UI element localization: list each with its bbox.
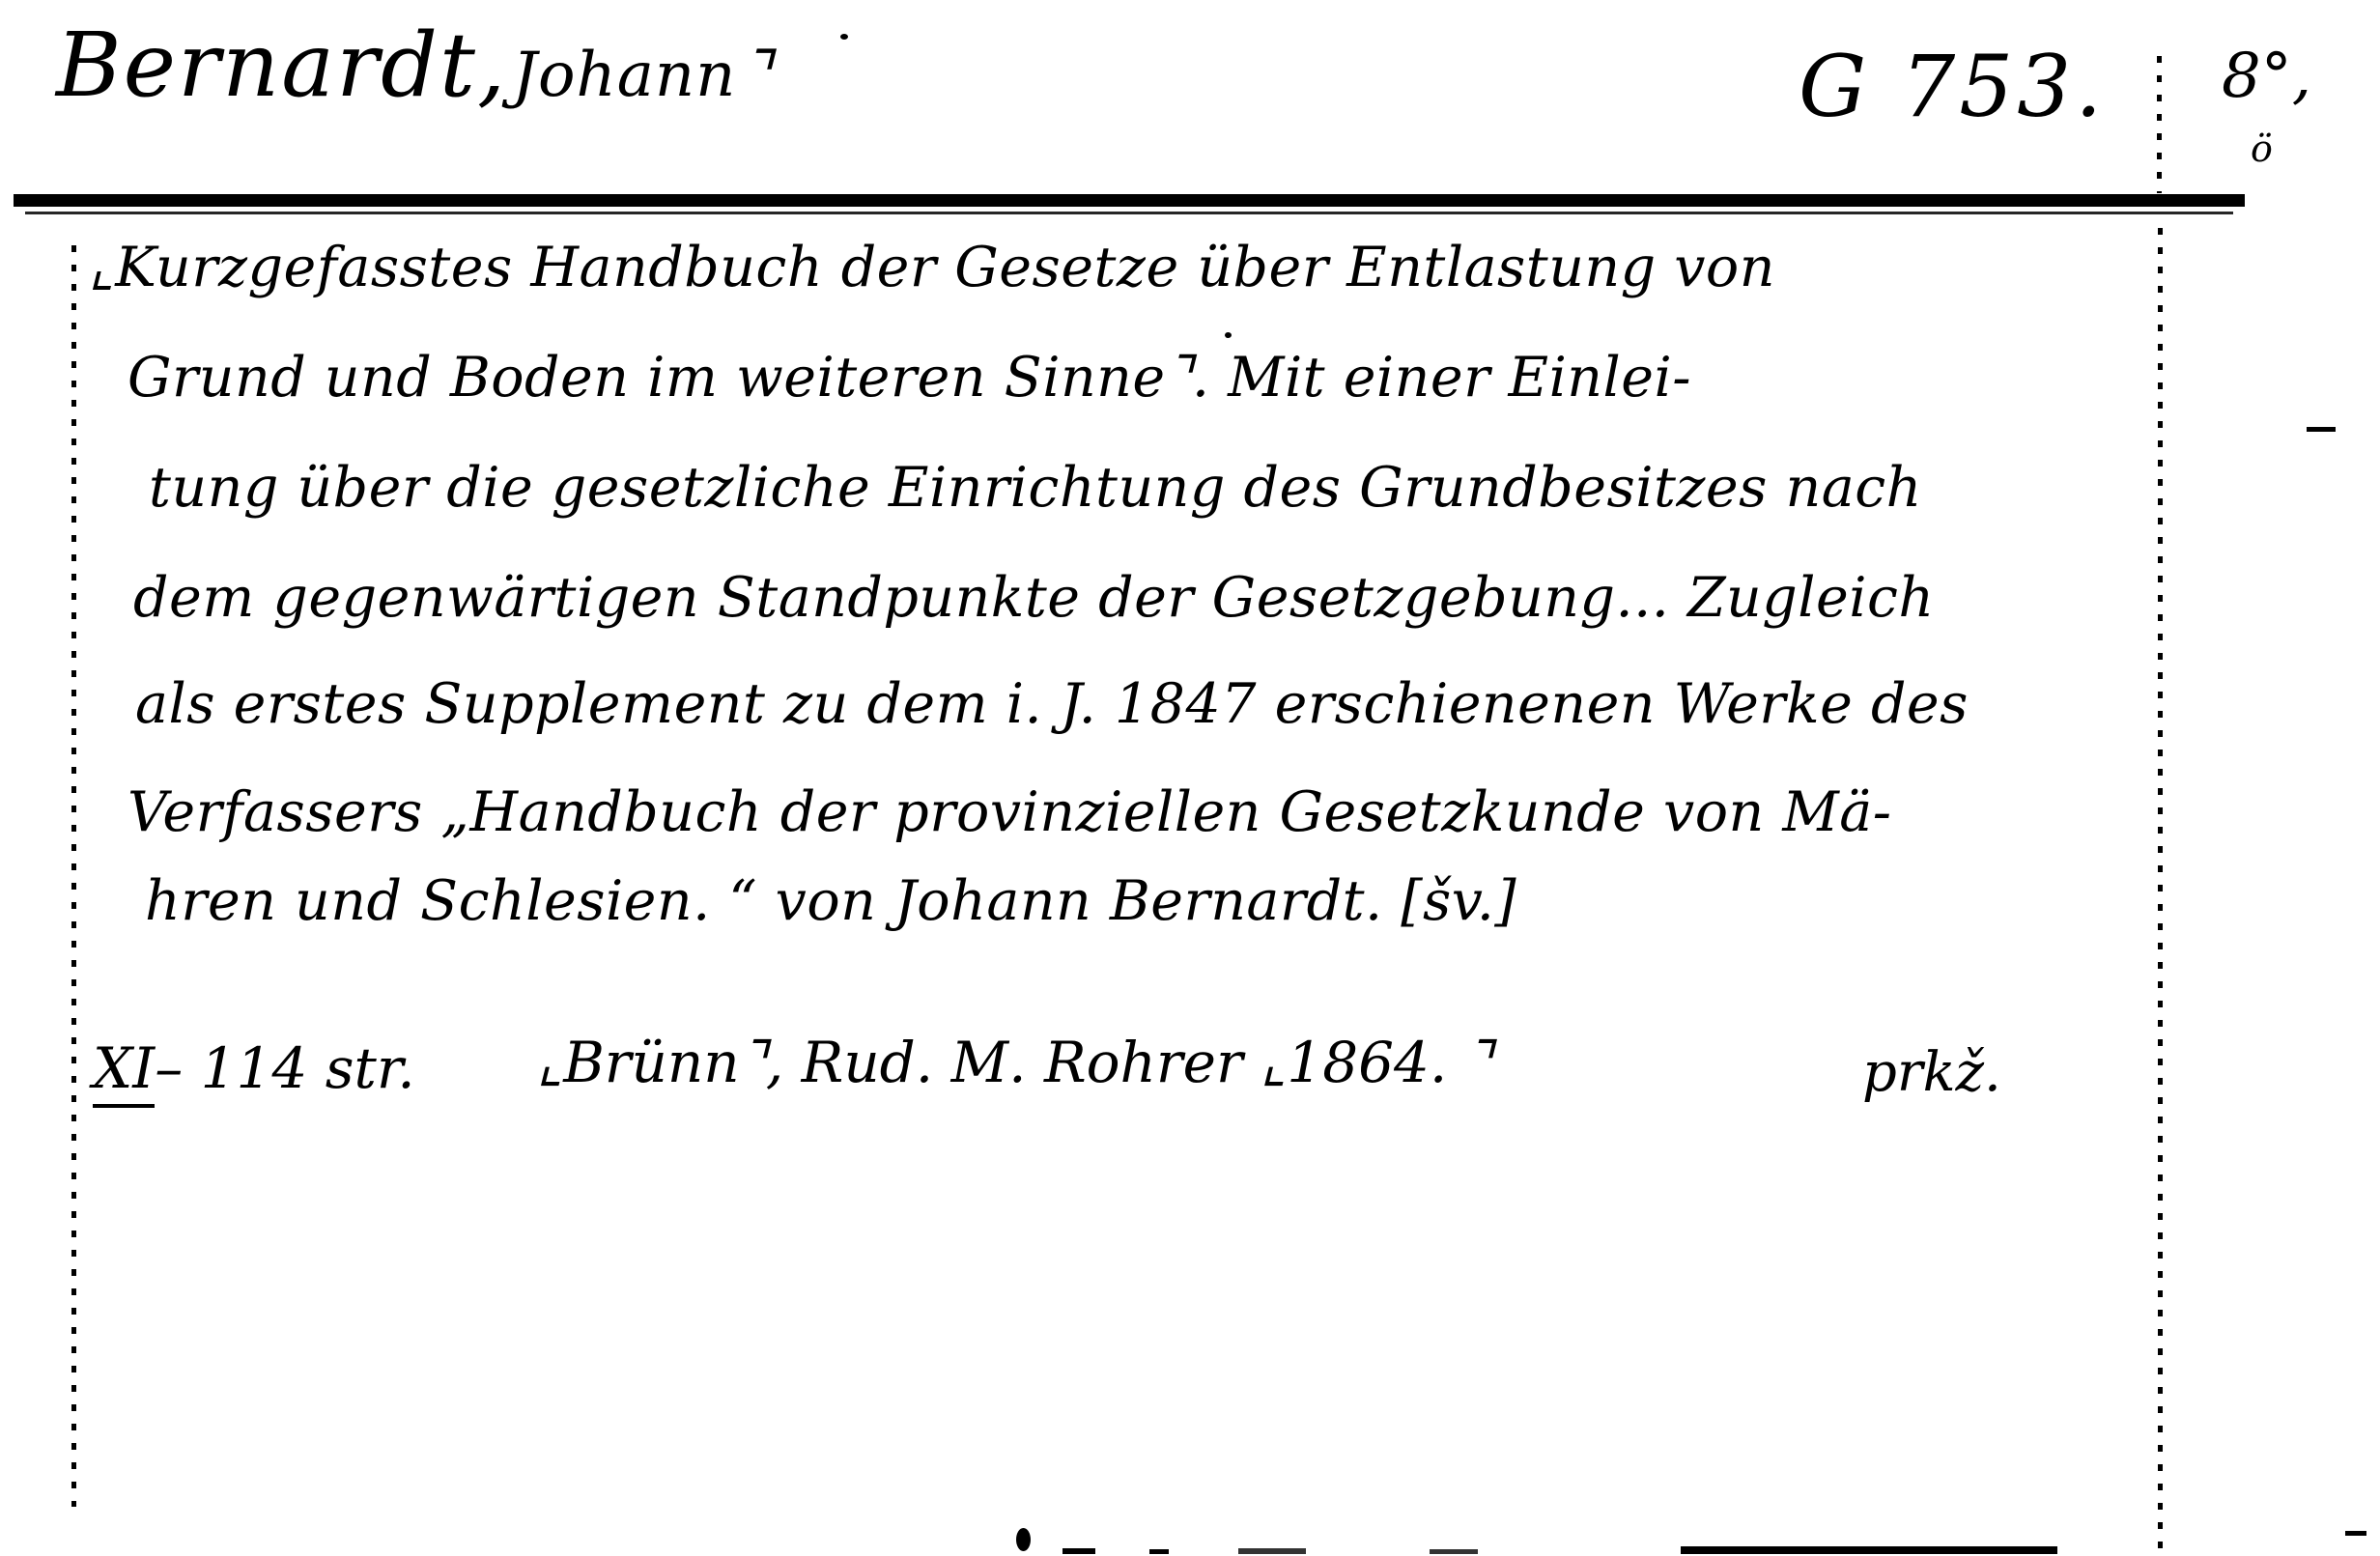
- collation-statement: XI– 114 str.: [93, 1035, 415, 1101]
- imprint-statement: ⌞Brünn⌝, Rud. M. Rohrer ⌞1864. ⌝: [537, 1030, 1491, 1095]
- format-statement: 8°,: [2222, 41, 2311, 112]
- separator-rule: [14, 194, 2245, 207]
- shelfmark: G 753.: [1799, 37, 2106, 136]
- ink-speck: [840, 34, 848, 40]
- title-line: als erstes Supplement zu dem i. J. 1847 …: [135, 672, 1969, 736]
- title-line: ⌞Kurzgefasstes Handbuch der Gesetze über…: [89, 236, 1775, 299]
- right-border-dotted-line: [2158, 228, 2163, 1556]
- title-line: Grund und Boden im weiteren Sinne⌝. Mit …: [127, 346, 1691, 410]
- scanned-catalog-card: { "card": { "heading": { "surname": "Ber…: [0, 0, 2380, 1556]
- title-line: Verfassers „Handbuch der provinziellen G…: [127, 780, 1891, 844]
- scan-smudge: [1238, 1548, 1306, 1554]
- cataloguer-initials: prkž.: [1862, 1041, 2001, 1104]
- ink-speck: [1225, 332, 1232, 338]
- author-given-name: Johann: [512, 40, 736, 111]
- bracket-mark: ⌝: [741, 40, 771, 111]
- title-line: tung über die gesetzliche Einrichtung de…: [149, 456, 1922, 520]
- author-heading: Bernardt, Johann ⌝: [56, 14, 771, 117]
- ink-speck: [2307, 427, 2336, 432]
- format-annotation-mark: ö: [2251, 127, 2273, 170]
- separator-rule-shadow: [25, 212, 2233, 214]
- scan-smudge: [1062, 1548, 1095, 1554]
- shelfmark-divider-dotted-line: [2157, 56, 2162, 193]
- title-line: dem gegenwärtigen Standpunkte der Gesetz…: [133, 566, 1935, 630]
- author-surname: Bernardt,: [56, 14, 507, 117]
- collation-roman-numeral: XI: [93, 1035, 155, 1108]
- scan-smudge: [1149, 1549, 1169, 1554]
- scan-smudge: [1430, 1549, 1478, 1554]
- left-border-dotted-line: [71, 245, 76, 1507]
- title-line: hren und Schlesien. “ von Johann Bernard…: [145, 869, 1516, 933]
- collation-pages: – 114 str.: [155, 1035, 414, 1101]
- scan-smudge: [1681, 1546, 2057, 1554]
- ink-speck: [1016, 1528, 1031, 1551]
- ink-speck: [2345, 1531, 2366, 1536]
